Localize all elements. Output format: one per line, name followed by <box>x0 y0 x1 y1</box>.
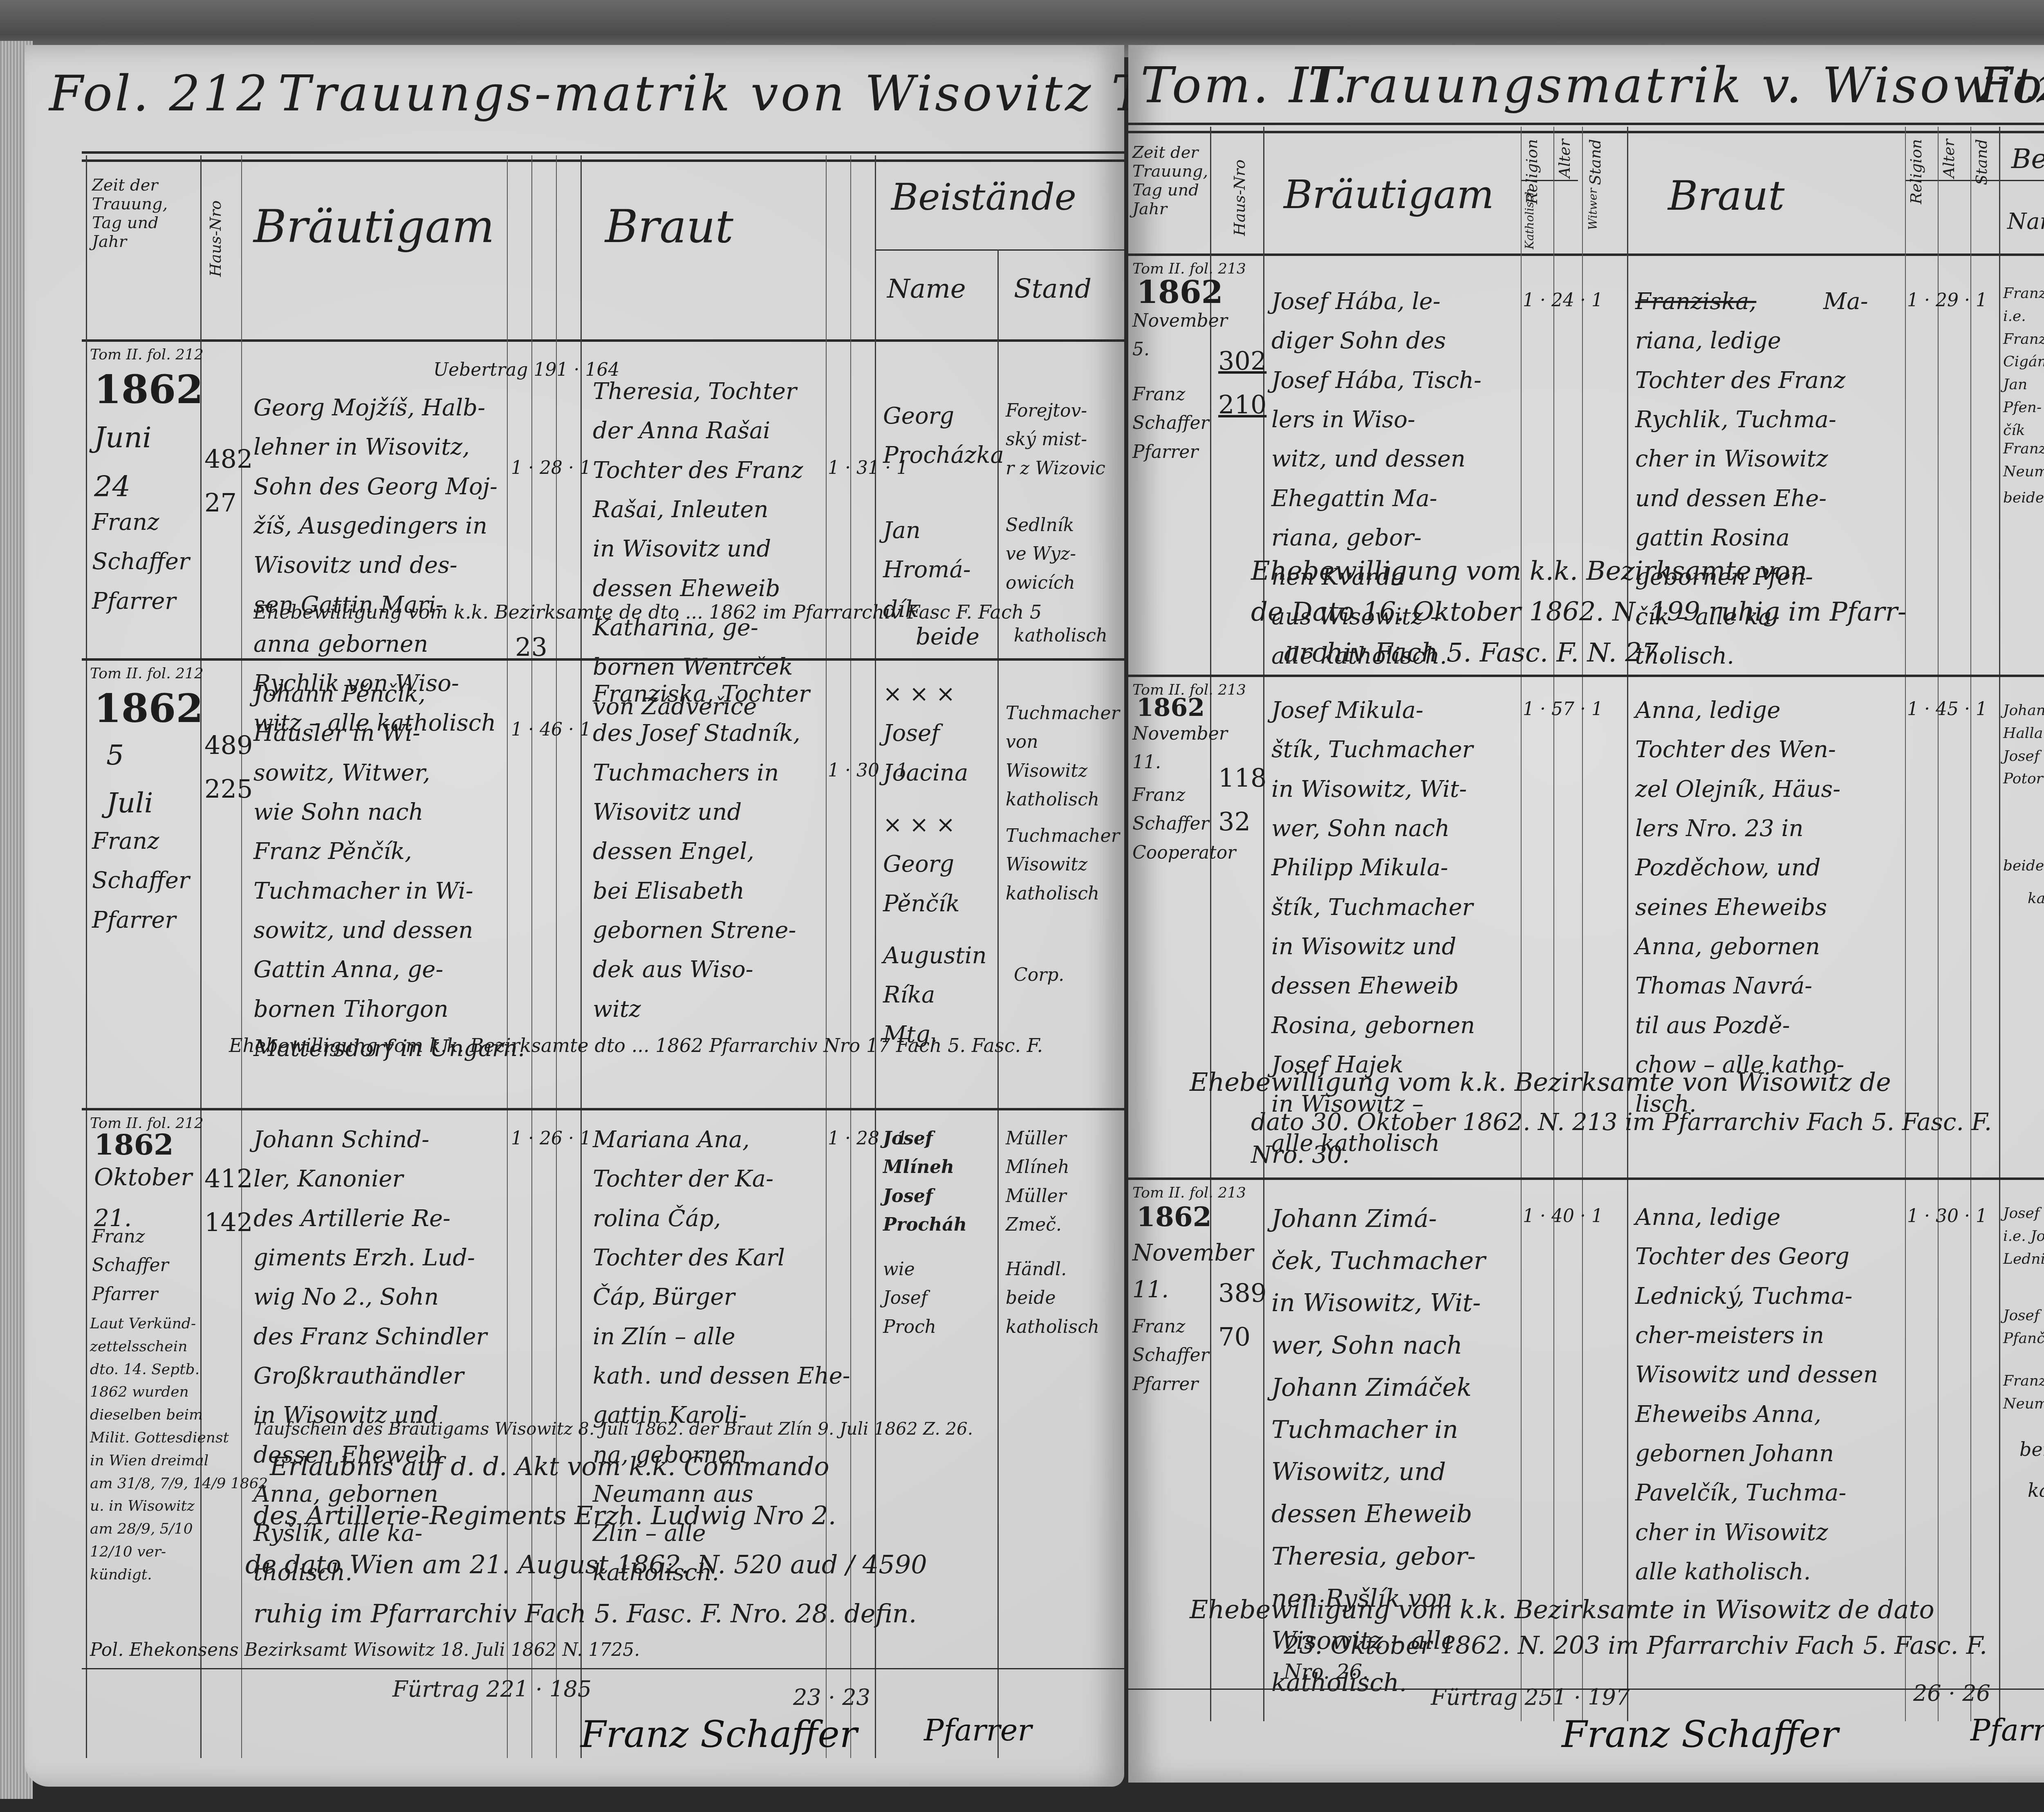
header-bottom-rule <box>1128 253 2044 256</box>
col-line <box>1938 127 1939 1721</box>
witness-name: Josef Mlíneh Josef Procháh <box>883 1124 967 1240</box>
col-line <box>1970 127 1971 1721</box>
entry-annotation-line: dato 30. Oktober 1862. N. 213 im Pfarrar… <box>1251 1108 1992 1136</box>
entry-bride-age: 1 · 30 · 1 <box>1907 1202 1987 1231</box>
witness-name: Franz i.e. Franz Cigánek Jan Pfen- čík <box>2003 282 2044 442</box>
witness-name: Franz Neumeister <box>2003 437 2044 483</box>
entry-annotation-line: 23. Oktober 1862. N. 203 im Pfarrarchiv … <box>1284 1631 1987 1660</box>
totals-right: 23 · 23 <box>793 1684 870 1710</box>
witness-status: Müller Mlíneh Müller Zmeč. <box>1006 1124 1069 1240</box>
entry-annotation-line: archiv Fach 5. Fasc. F. N. 27. <box>1284 638 1667 668</box>
witness-status: Tuchmacher Wisowitz katholisch <box>1006 822 1120 908</box>
witness-name: Franz Neumeister <box>2003 1370 2044 1415</box>
col-line <box>1627 127 1628 1721</box>
entry-groom: Johann Zimá- ček, Tuchmacher in Wisowitz… <box>1271 1198 1486 1704</box>
col-line <box>997 249 999 1758</box>
header-witnesses: Beistände <box>2011 143 2044 175</box>
entry-annotation-line: Nro. 30. <box>1251 1141 1350 1168</box>
entry-house-no: 482 27 <box>204 437 253 525</box>
totals-carried-forward: Fürtrag 221 · 185 <box>392 1676 592 1702</box>
entry-annotation-line: Ehebewilligung vom k.k. Bezirksamte von <box>1251 556 1807 586</box>
header-groom-age: Alter <box>1555 139 1573 178</box>
entry-annotation-line: Pol. Ehekonsens Bezirksamt Wisowitz 18. … <box>90 1639 640 1660</box>
entry-house-no: 118 32 <box>1218 756 1266 843</box>
header-bride-age: Alter <box>1940 139 1958 178</box>
header-groom-religion-sub: Katholisch <box>1523 188 1536 249</box>
right-folio-number: Fol. 213. <box>1979 57 2044 114</box>
entry-marks: 23 <box>515 626 547 669</box>
entry-annotation-line: ruhig im Pfarrarchiv Fach 5. Fasc. F. Nr… <box>253 1599 917 1628</box>
entry-bride: Anna, ledige Tochter des Wen- zel Olejní… <box>1635 691 1844 1124</box>
entry-groom-age: 1 · 40 · 1 <box>1523 1202 1603 1231</box>
entry-house-no: 389 70 <box>1218 1272 1266 1359</box>
entry-officiant: Franz Schaffer Pfarrer <box>1132 380 1209 466</box>
col-line <box>1582 127 1583 1721</box>
entry-bride-age: 1 · 29 · 1 <box>1907 286 1987 315</box>
entry-annotation-line: Ehebewilligung vom k.k. Bezirksamte von … <box>1190 1067 1891 1097</box>
witness-status: Forejtov- ský mist- r z Wizovic <box>1006 397 1105 483</box>
entry-groom-age: 1 · 57 · 1 <box>1523 695 1603 724</box>
header-top-rule <box>82 151 1124 154</box>
header-witness-name: Name <box>887 274 966 304</box>
witness-status: katholisch <box>1014 621 1107 650</box>
entry-annotation-line: de Dato 16. Oktober 1862. N. 199 ruhig i… <box>1251 597 1906 627</box>
witness-name: beide <box>916 617 979 657</box>
entry-separator <box>82 658 1124 661</box>
entry-annotation-line: des Artillerie-Regiments Erzh. Ludwig Nr… <box>253 1500 836 1530</box>
witness-name: beide <box>2003 487 2044 509</box>
witness-status: Corp. <box>1014 961 1064 989</box>
totals-carried-forward: Fürtrag 251 · 197 <box>1431 1684 1630 1710</box>
right-page-title: Trauungsmatrik v. Wisowitz. <box>1308 57 2044 114</box>
witness-name: Josef Pfančík <box>2003 1304 2044 1350</box>
header-bride-status: Stand <box>1972 139 1990 185</box>
header-top-rule-2 <box>82 159 1124 162</box>
header-witness-status: Stand <box>1014 274 1091 304</box>
entry-separator <box>1128 675 2044 677</box>
header-top-rule <box>1128 123 2044 125</box>
col-line <box>1210 127 1211 1721</box>
totals-right: 26 · 26 <box>1913 1680 1990 1706</box>
entry-annotation-line: Ehebewilligung vom k.k. Bezirksamte in W… <box>1190 1594 1934 1624</box>
witness-status: Händl. beide katholisch <box>1006 1255 1099 1341</box>
witness-status: katholisch. <box>2028 1476 2044 1505</box>
entry-annotation-line: Nro. 26. <box>1284 1660 1369 1684</box>
col-line <box>850 155 851 1758</box>
col-line <box>86 155 87 1758</box>
col-line <box>1521 127 1522 1721</box>
header-witnesses: Beistände <box>891 176 1076 219</box>
entry-bride: Franziska, Tochter des Josef Stadník, Tu… <box>593 675 810 1029</box>
entry-year: 1862 <box>1136 1194 1212 1240</box>
header-bride: Braut <box>1668 172 1785 220</box>
entry-officiant: Franz Schaffer Pfarrer <box>92 503 190 621</box>
entry-date: November 11. <box>1132 720 1228 777</box>
entry-annotation-line: Erlaubnis auf d. d. Akt vom k.k. Command… <box>270 1451 829 1481</box>
entry-groom-age: 1 · 26 · 1 <box>511 1124 591 1153</box>
witness-name: wie Josef Proch <box>883 1255 936 1341</box>
witness-name: Johann Halla Josef Potorní <box>2003 699 2044 790</box>
header-house-no: Haus-Nro <box>206 200 224 277</box>
witness-name: × × × Josef Joacina <box>883 675 968 793</box>
header-groom: Bräutigam <box>1284 172 1494 218</box>
header-groom-status-sub: Witwer <box>1586 188 1600 230</box>
witness-name: Georg Procházka <box>883 397 1004 475</box>
priest-signature: Franz Schaffer <box>1562 1713 1838 1756</box>
witness-name: beide Zeugen <box>2003 854 2044 877</box>
header-groom: Bräutigam <box>253 200 495 253</box>
entry-officiant: Franz Schaffer Pfarrer <box>92 822 190 940</box>
entry-house-no: 489 225 <box>204 724 253 811</box>
header-date: Zeit der Trauung, Tag und Jahr <box>92 176 194 251</box>
entry-house-no: 412 142 <box>204 1157 253 1244</box>
entry-annotation: Ehebewilligung vom k.k. Bezirksamte dto … <box>229 1034 1043 1056</box>
page-end-rule <box>82 1668 1124 1669</box>
entry-separator <box>1128 1177 2044 1180</box>
witness-status: Tuchmacher von Wisowitz katholisch <box>1006 699 1120 814</box>
header-bride-religion: Religion <box>1907 139 1925 204</box>
witness-name: × × × Georg Pěnčík <box>883 805 960 924</box>
witness-status: katholisch. <box>2028 887 2044 910</box>
entry-groom-age: 1 · 46 · 1 <box>511 715 591 744</box>
col-line <box>1999 127 2000 1721</box>
priest-title: Pfarrer <box>924 1713 1032 1747</box>
header-house-no: Haus-Nro <box>1230 159 1248 236</box>
col-line <box>1905 127 1906 1721</box>
entry-groom-age: 1 · 28 · 1 <box>511 454 591 482</box>
priest-signature: Franz Schaffer <box>580 1713 857 1756</box>
right-page: Tom. II. Trauungsmatrik v. Wisowitz. Fol… <box>1128 45 2044 1783</box>
entry-annotation-line: de dato Wien am 21. August 1862. N. 520 … <box>245 1550 927 1579</box>
left-folio-number: Fol. 212 <box>49 65 270 122</box>
header-witness-name: Name <box>2007 209 2044 234</box>
entry-date: November 5. <box>1132 307 1228 364</box>
header-top-rule-2 <box>1128 131 2044 133</box>
header-groom-status: Stand <box>1586 139 1604 185</box>
entry-separator <box>82 1108 1124 1110</box>
entry-officiant: Franz Schaffer Pfarrer <box>92 1222 169 1309</box>
entry-annotation-line: Taufschein des Bräutigams Wisowitz 8. Ju… <box>253 1419 973 1439</box>
header-bottom-rule <box>82 339 1124 342</box>
witness-name: Josef i.e. Josef Lednický <box>2003 1202 2044 1270</box>
entry-annotation: Ehebewilligung vom k.k. Bezirksamte de d… <box>253 601 1042 623</box>
entry-officiant: Franz Schaffer Pfarrer <box>1132 1312 1209 1399</box>
header-bride: Braut <box>605 200 733 253</box>
entry-groom-extra: Uebertrag 191 · 164 <box>433 356 619 384</box>
entry-date: Juni 24 <box>94 413 152 511</box>
entry-bride: Theresia, Tochter der Anna Rašai Tochter… <box>593 372 803 727</box>
entry-bride: Anna, ledige Tochter des Georg Lednický,… <box>1635 1198 1878 1592</box>
witness-subheader-rule <box>875 249 1124 251</box>
col-line <box>1553 127 1554 1721</box>
entry-bride-age: 1 · 45 · 1 <box>1907 695 1987 724</box>
col-line <box>875 155 876 1758</box>
entry-side-note: Laut Verkünd- zettelsschein dto. 14. Sep… <box>90 1312 268 1586</box>
entry-groom: Johann Pěnčík, Häusler in Wi- sowitz, Wi… <box>253 675 525 1068</box>
witness-name: beide Zeugen <box>2019 1435 2044 1464</box>
entry-date: 5 Juli <box>106 732 153 828</box>
witness-status: Sedlník ve Wyz- owicích <box>1006 511 1076 597</box>
entry-groom-age: 1 · 24 · 1 <box>1523 286 1603 315</box>
entry-house-no: 302 210 <box>1218 339 1266 426</box>
left-page: Fol. 212 Trauungs-matrik von Wisovitz To… <box>25 45 1124 1787</box>
priest-title: Pfarrer <box>1970 1713 2044 1747</box>
header-date: Zeit der Trauung, Tag und Jahr <box>1132 143 1206 218</box>
